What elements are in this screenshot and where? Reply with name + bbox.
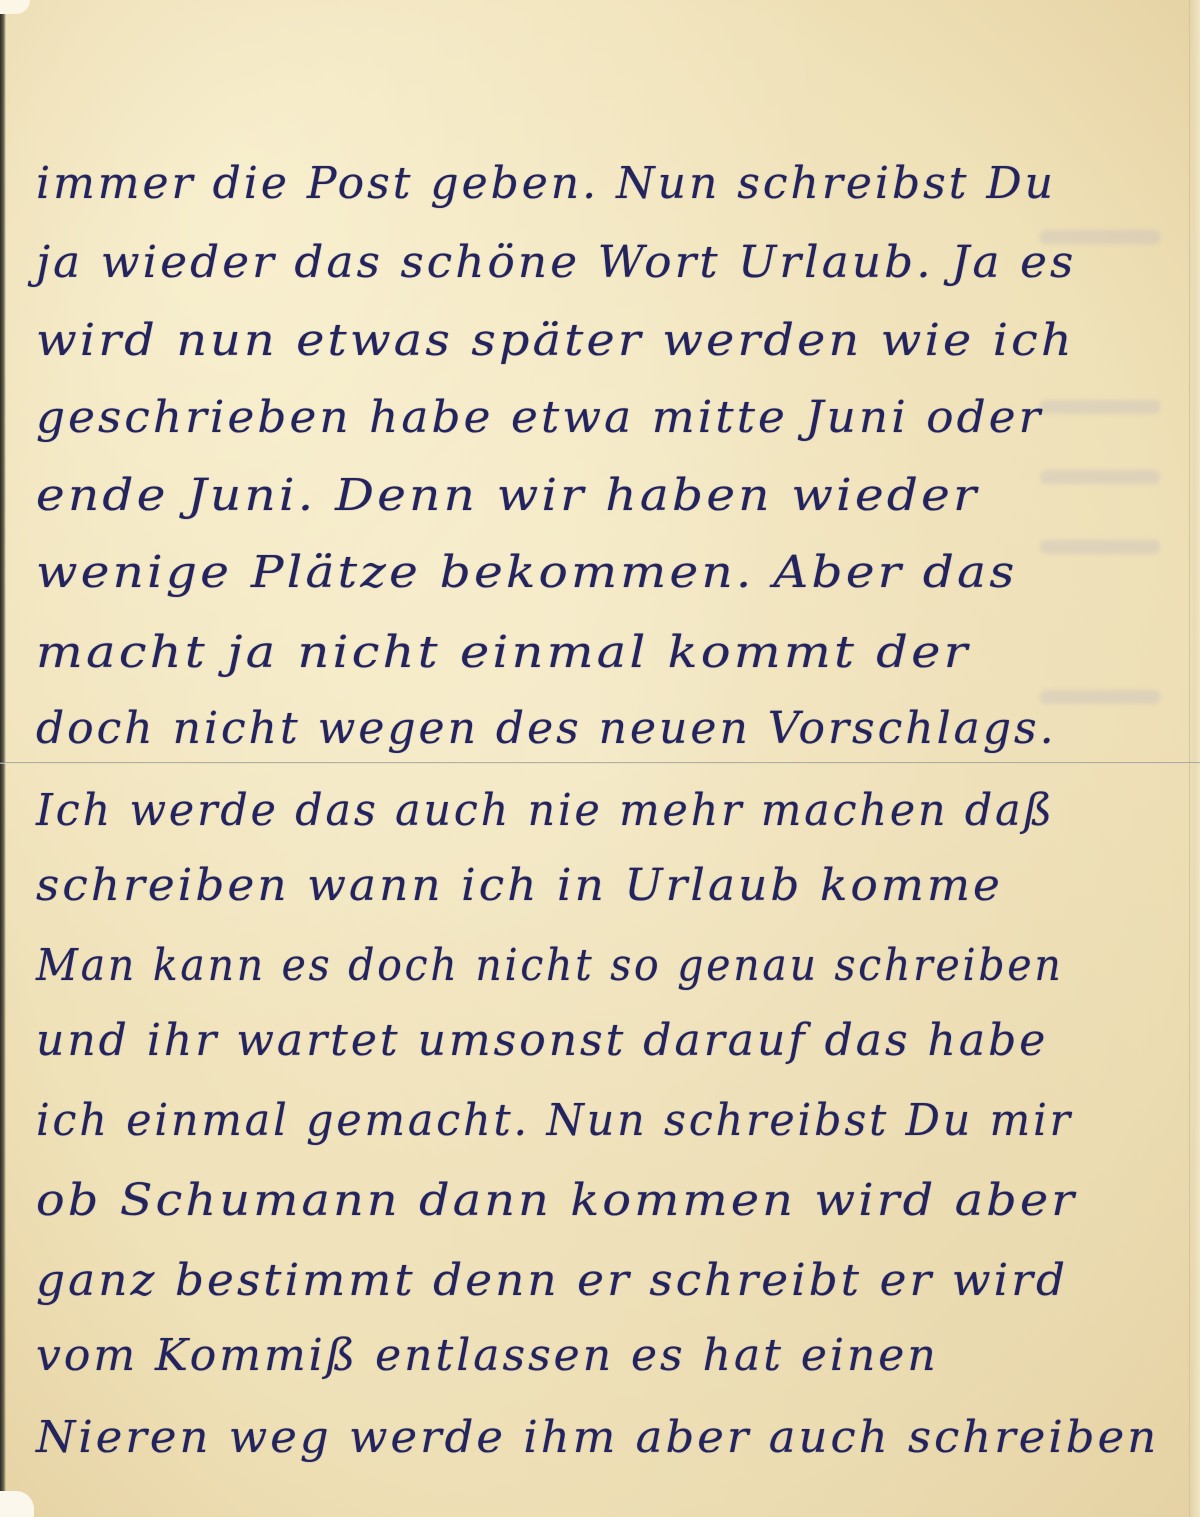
- paper-corner-wear: [0, 0, 30, 14]
- handwritten-line: ganz bestimmt denn er schreibt er wird: [36, 1255, 1068, 1306]
- handwritten-line: und ihr wartet umsonst darauf das habe: [36, 1015, 1048, 1066]
- scan-edge-left: [0, 0, 6, 1517]
- ink-bleed-through: [1040, 470, 1160, 484]
- handwritten-line: Nieren weg werde ihm aber auch schreiben: [36, 1412, 1159, 1463]
- paper-corner-wear: [0, 1491, 34, 1517]
- handwritten-line: ende Juni. Denn wir haben wieder: [36, 470, 980, 521]
- handwritten-line: wenige Plätze bekommen. Aber das: [36, 547, 1017, 598]
- handwritten-line: wird nun etwas später werden wie ich: [36, 315, 1075, 366]
- ink-bleed-through: [1040, 400, 1160, 414]
- handwritten-line: geschrieben habe etwa mitte Juni oder: [36, 392, 1043, 443]
- handwritten-line: doch nicht wegen des neuen Vorschlags.: [36, 703, 1057, 754]
- handwritten-line: schreiben wann ich in Urlaub komme: [36, 860, 1003, 911]
- handwritten-line: Man kann es doch nicht so genau schreibe…: [36, 940, 1064, 991]
- handwritten-line: ob Schumann dann kommen wird aber: [36, 1175, 1077, 1226]
- handwritten-line: macht ja nicht einmal kommt der: [36, 627, 971, 678]
- paper-edge-right: [1189, 0, 1200, 1517]
- handwritten-line: ja wieder das schöne Wort Urlaub. Ja es: [36, 237, 1076, 288]
- letter-page: immer die Post geben. Nun schreibst Du j…: [0, 0, 1200, 1517]
- paper-fold-line: [0, 762, 1200, 764]
- handwritten-line: vom Kommiß entlassen es hat einen: [36, 1330, 939, 1381]
- handwritten-line: immer die Post geben. Nun schreibst Du: [36, 158, 1056, 209]
- handwritten-line: ich einmal gemacht. Nun schreibst Du mir: [36, 1095, 1073, 1146]
- ink-bleed-through: [1040, 690, 1160, 704]
- handwritten-line: Ich werde das auch nie mehr machen daß: [36, 785, 1055, 836]
- ink-bleed-through: [1040, 540, 1160, 554]
